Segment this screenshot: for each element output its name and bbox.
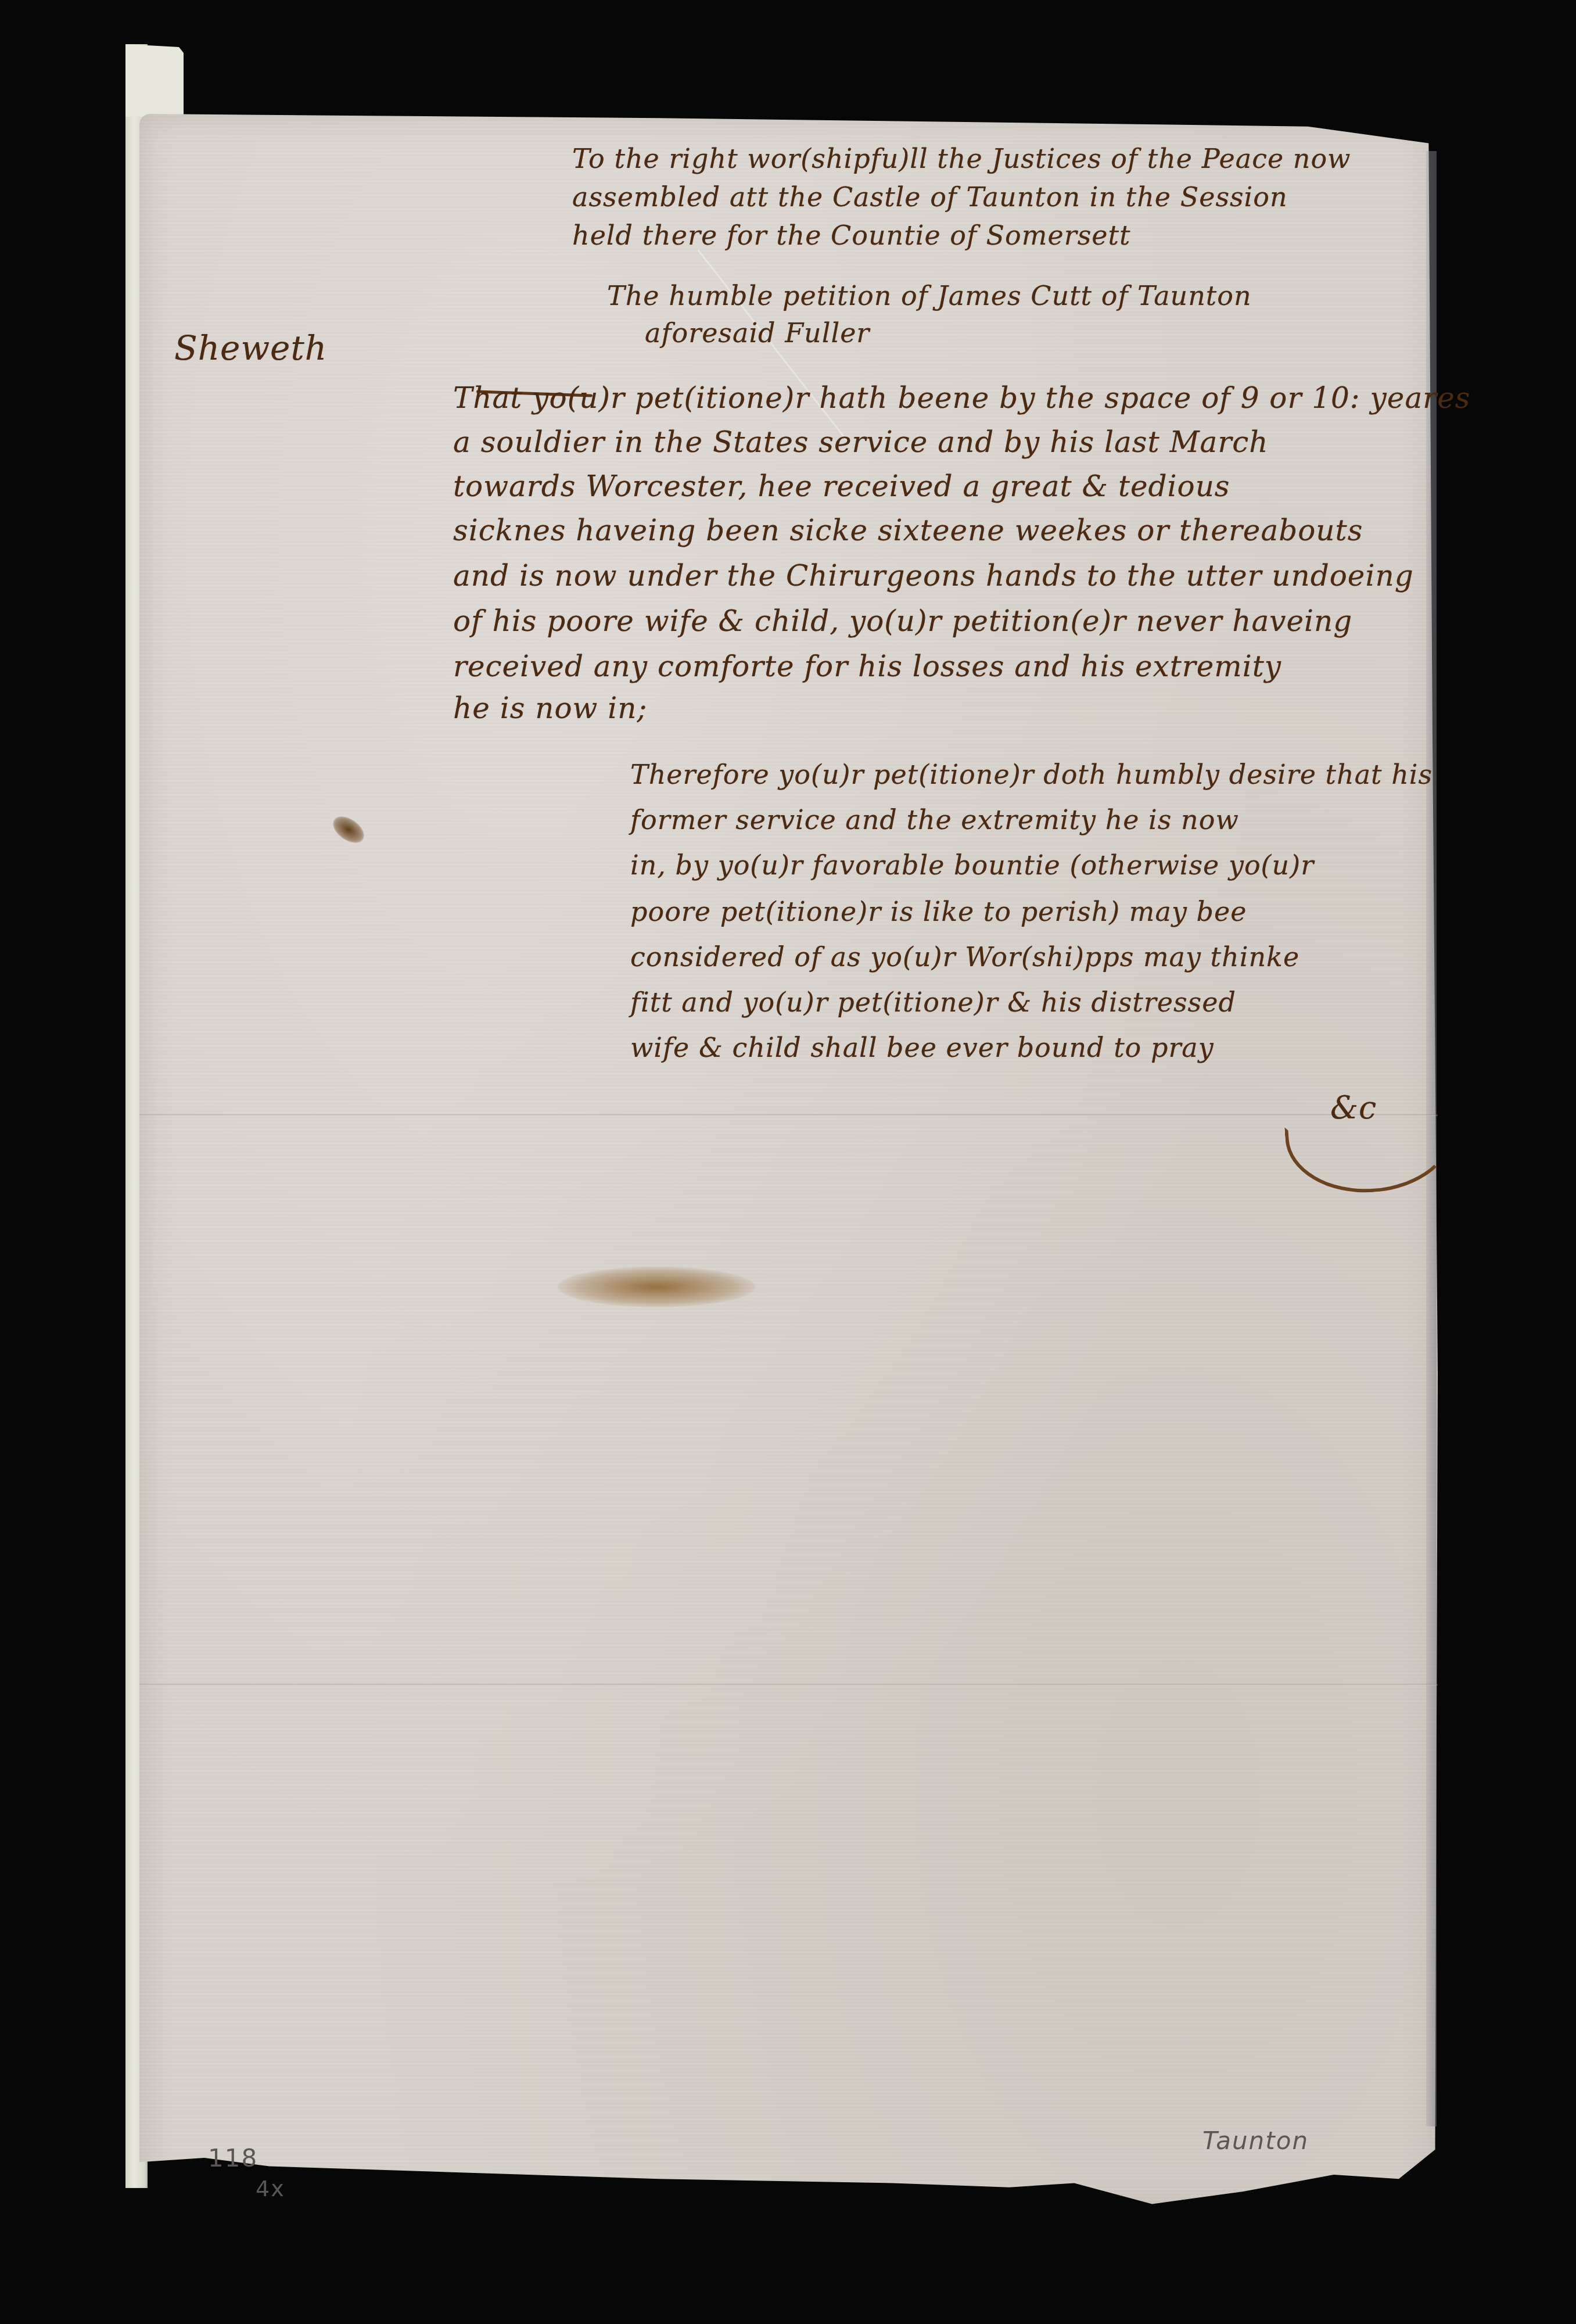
body-line-1: That yo(u)r pet(itione)r hath beene by t… xyxy=(453,383,1470,413)
guard-tab xyxy=(125,44,184,117)
folio-number: 118 xyxy=(208,2144,258,2172)
prayer-line-2: former service and the extremity he is n… xyxy=(630,806,1239,833)
body-line-2: a souldier in the States service and by … xyxy=(453,428,1269,457)
body-line-8: he is now in; xyxy=(453,694,647,723)
petition-title-line-2: aforesaid Fuller xyxy=(645,320,870,346)
horizontal-fold-lower xyxy=(139,1684,1438,1685)
salutation: Sheweth xyxy=(174,331,327,365)
body-line-6: of his poore wife & child, yo(u)r petiti… xyxy=(453,607,1352,636)
prayer-line-7: wife & child shall bee ever bound to pra… xyxy=(630,1034,1214,1061)
petition-title-line-1: The humble petition of James Cutt of Tau… xyxy=(607,282,1252,309)
address-line-2: assembled att the Castle of Taunton in t… xyxy=(572,184,1288,210)
body-line-3: towards Worcester, hee received a great … xyxy=(453,472,1230,501)
address-line-3: held there for the Countie of Somersett xyxy=(572,222,1130,249)
prayer-line-5: considered of as yo(u)r Wor(shi)pps may … xyxy=(630,944,1299,970)
body-line-5: and is now under the Chirurgeons hands t… xyxy=(453,561,1414,590)
horizontal-fold-upper xyxy=(139,1114,1438,1116)
prayer-line-4: poore pet(itione)r is like to perish) ma… xyxy=(630,898,1247,925)
place-note: Taunton xyxy=(1202,2126,1309,2155)
shelf-mark: 4x xyxy=(256,2176,285,2201)
body-line-4: sicknes haveing been sicke sixteene week… xyxy=(453,516,1363,545)
brown-stain xyxy=(558,1267,755,1307)
body-line-7: received any comforte for his losses and… xyxy=(453,652,1281,681)
prayer-line-6: fitt and yo(u)r pet(itione)r & his distr… xyxy=(630,989,1236,1016)
address-line-1: To the right wor(shipfu)ll the Justices … xyxy=(572,145,1351,172)
closing-etc: &c xyxy=(1330,1092,1377,1124)
prayer-line-3: in, by yo(u)r favorable bountie (otherwi… xyxy=(630,852,1314,878)
prayer-line-1: Therefore yo(u)r pet(itione)r doth humbl… xyxy=(630,761,1433,788)
